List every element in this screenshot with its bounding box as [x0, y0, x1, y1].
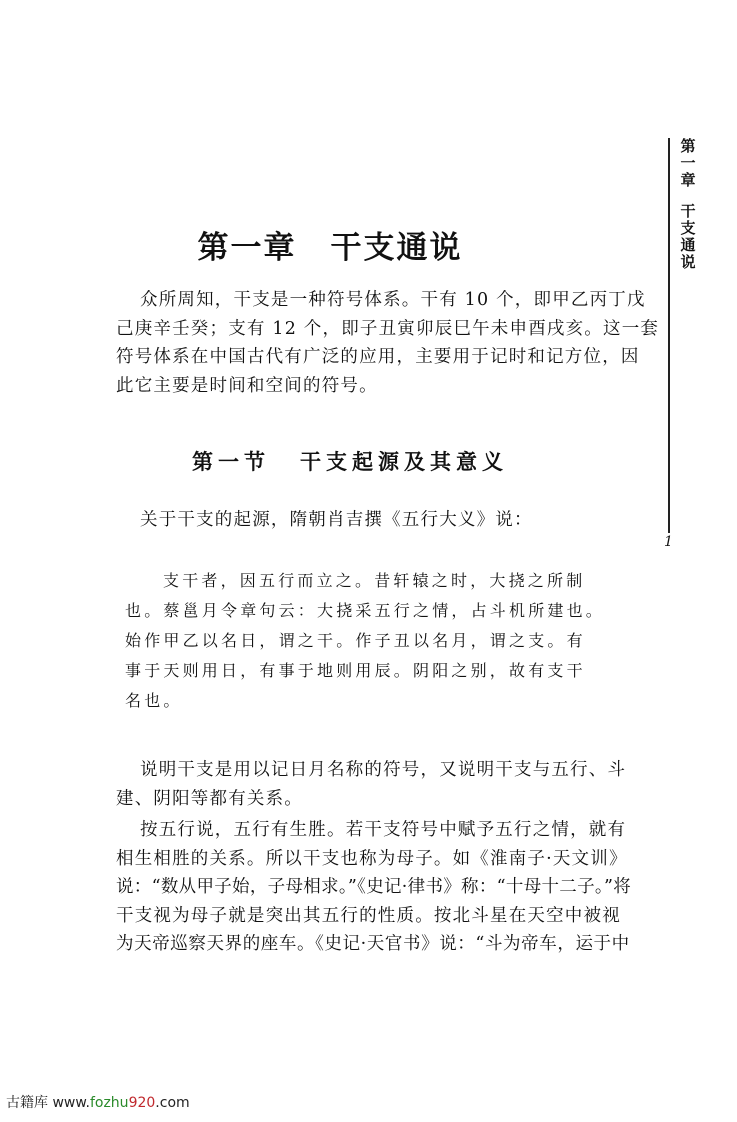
chapter-name: 干支通说	[331, 230, 463, 266]
site-name: 古籍库	[6, 1095, 48, 1111]
text-line: 己庚辛壬癸；支有 12 个，即子丑寅卯辰巳午未申酉戌亥。这一套	[116, 315, 636, 344]
header-char: 一	[678, 155, 698, 172]
text-line: 关于干支的起源，隋朝肖吉撰《五行大义》说：	[116, 506, 636, 535]
header-char: 说	[678, 254, 698, 271]
chapter-title: 第一章干支通说	[0, 222, 660, 267]
header-char: 干	[678, 203, 698, 220]
text-line: 为天帝巡察天界的座车。《史记·天官书》说：“斗为帝车，运于中	[116, 930, 636, 959]
text-line: 说：“数从甲子始，子母相求。”《史记·律书》称：“十母十二子。”将	[116, 873, 636, 902]
quote-line: 事于天则用日，有事于地则用辰。阴阳之别，故有支干	[125, 656, 585, 686]
quote-line: 支干者，因五行而立之。昔轩辕之时，大挠之所制	[125, 566, 585, 596]
url-suffix: .com	[155, 1095, 189, 1111]
book-page: 第一章干支通说 众所周知，干支是一种符号体系。干有 10 个，即甲乙丙丁戊 己庚…	[0, 0, 737, 1122]
text-line: 干支视为母子就是突出其五行的性质。按北斗星在天空中被视	[116, 902, 636, 931]
header-char: 通	[678, 237, 698, 254]
running-header-vertical: 第 一 章 干 支 通 说	[678, 138, 698, 271]
margin-rule	[668, 138, 670, 533]
url-red: 920	[129, 1095, 156, 1111]
site-url[interactable]: www.fozhu920.com	[52, 1095, 189, 1111]
text-line: 相生相胜的关系。所以干支也称为母子。如《淮南子·天文训》	[116, 845, 636, 874]
block-quote: 支干者，因五行而立之。昔轩辕之时，大挠之所制 也。蔡邕月令章句云：大挠采五行之情…	[125, 566, 585, 716]
quote-line: 也。蔡邕月令章句云：大挠采五行之情，占斗机所建也。	[125, 596, 585, 626]
header-char: 支	[678, 220, 698, 237]
url-prefix: www.	[52, 1095, 90, 1111]
quote-line: 始作甲乙以名日，谓之干。作子丑以名月，谓之支。有	[125, 626, 585, 656]
text-line: 符号体系在中国古代有广泛的应用，主要用于记时和记方位，因	[116, 343, 636, 372]
chapter-label: 第一章	[198, 230, 297, 266]
quote-line: 名也。	[125, 686, 585, 716]
text-line: 此它主要是时间和空间的符号。	[116, 372, 636, 401]
text-line: 按五行说，五行有生胜。若干支符号中赋予五行之情，就有	[116, 816, 636, 845]
watermark-footer: 古籍库 www.fozhu920.com	[6, 1092, 190, 1112]
text-line: 说明干支是用以记日月名称的符号，又说明干支与五行、斗	[116, 756, 636, 785]
header-spacer	[678, 189, 698, 203]
section-label: 第一节	[192, 450, 270, 474]
section-name: 干支起源及其意义	[300, 450, 508, 474]
paragraph-2: 说明干支是用以记日月名称的符号，又说明干支与五行、斗 建、阴阳等都有关系。	[116, 756, 636, 813]
quote-intro: 关于干支的起源，隋朝肖吉撰《五行大义》说：	[116, 506, 636, 535]
url-green: fozhu	[90, 1095, 129, 1111]
header-char: 章	[678, 172, 698, 189]
paragraph-3: 按五行说，五行有生胜。若干支符号中赋予五行之情，就有 相生相胜的关系。所以干支也…	[116, 816, 636, 959]
text-line: 众所周知，干支是一种符号体系。干有 10 个，即甲乙丙丁戊	[116, 286, 636, 315]
page-number: 1	[664, 534, 673, 550]
text-line: 建、阴阳等都有关系。	[116, 785, 636, 814]
header-char: 第	[678, 138, 698, 155]
section-title: 第一节干支起源及其意义	[0, 446, 700, 476]
intro-paragraph: 众所周知，干支是一种符号体系。干有 10 个，即甲乙丙丁戊 己庚辛壬癸；支有 1…	[116, 286, 636, 400]
